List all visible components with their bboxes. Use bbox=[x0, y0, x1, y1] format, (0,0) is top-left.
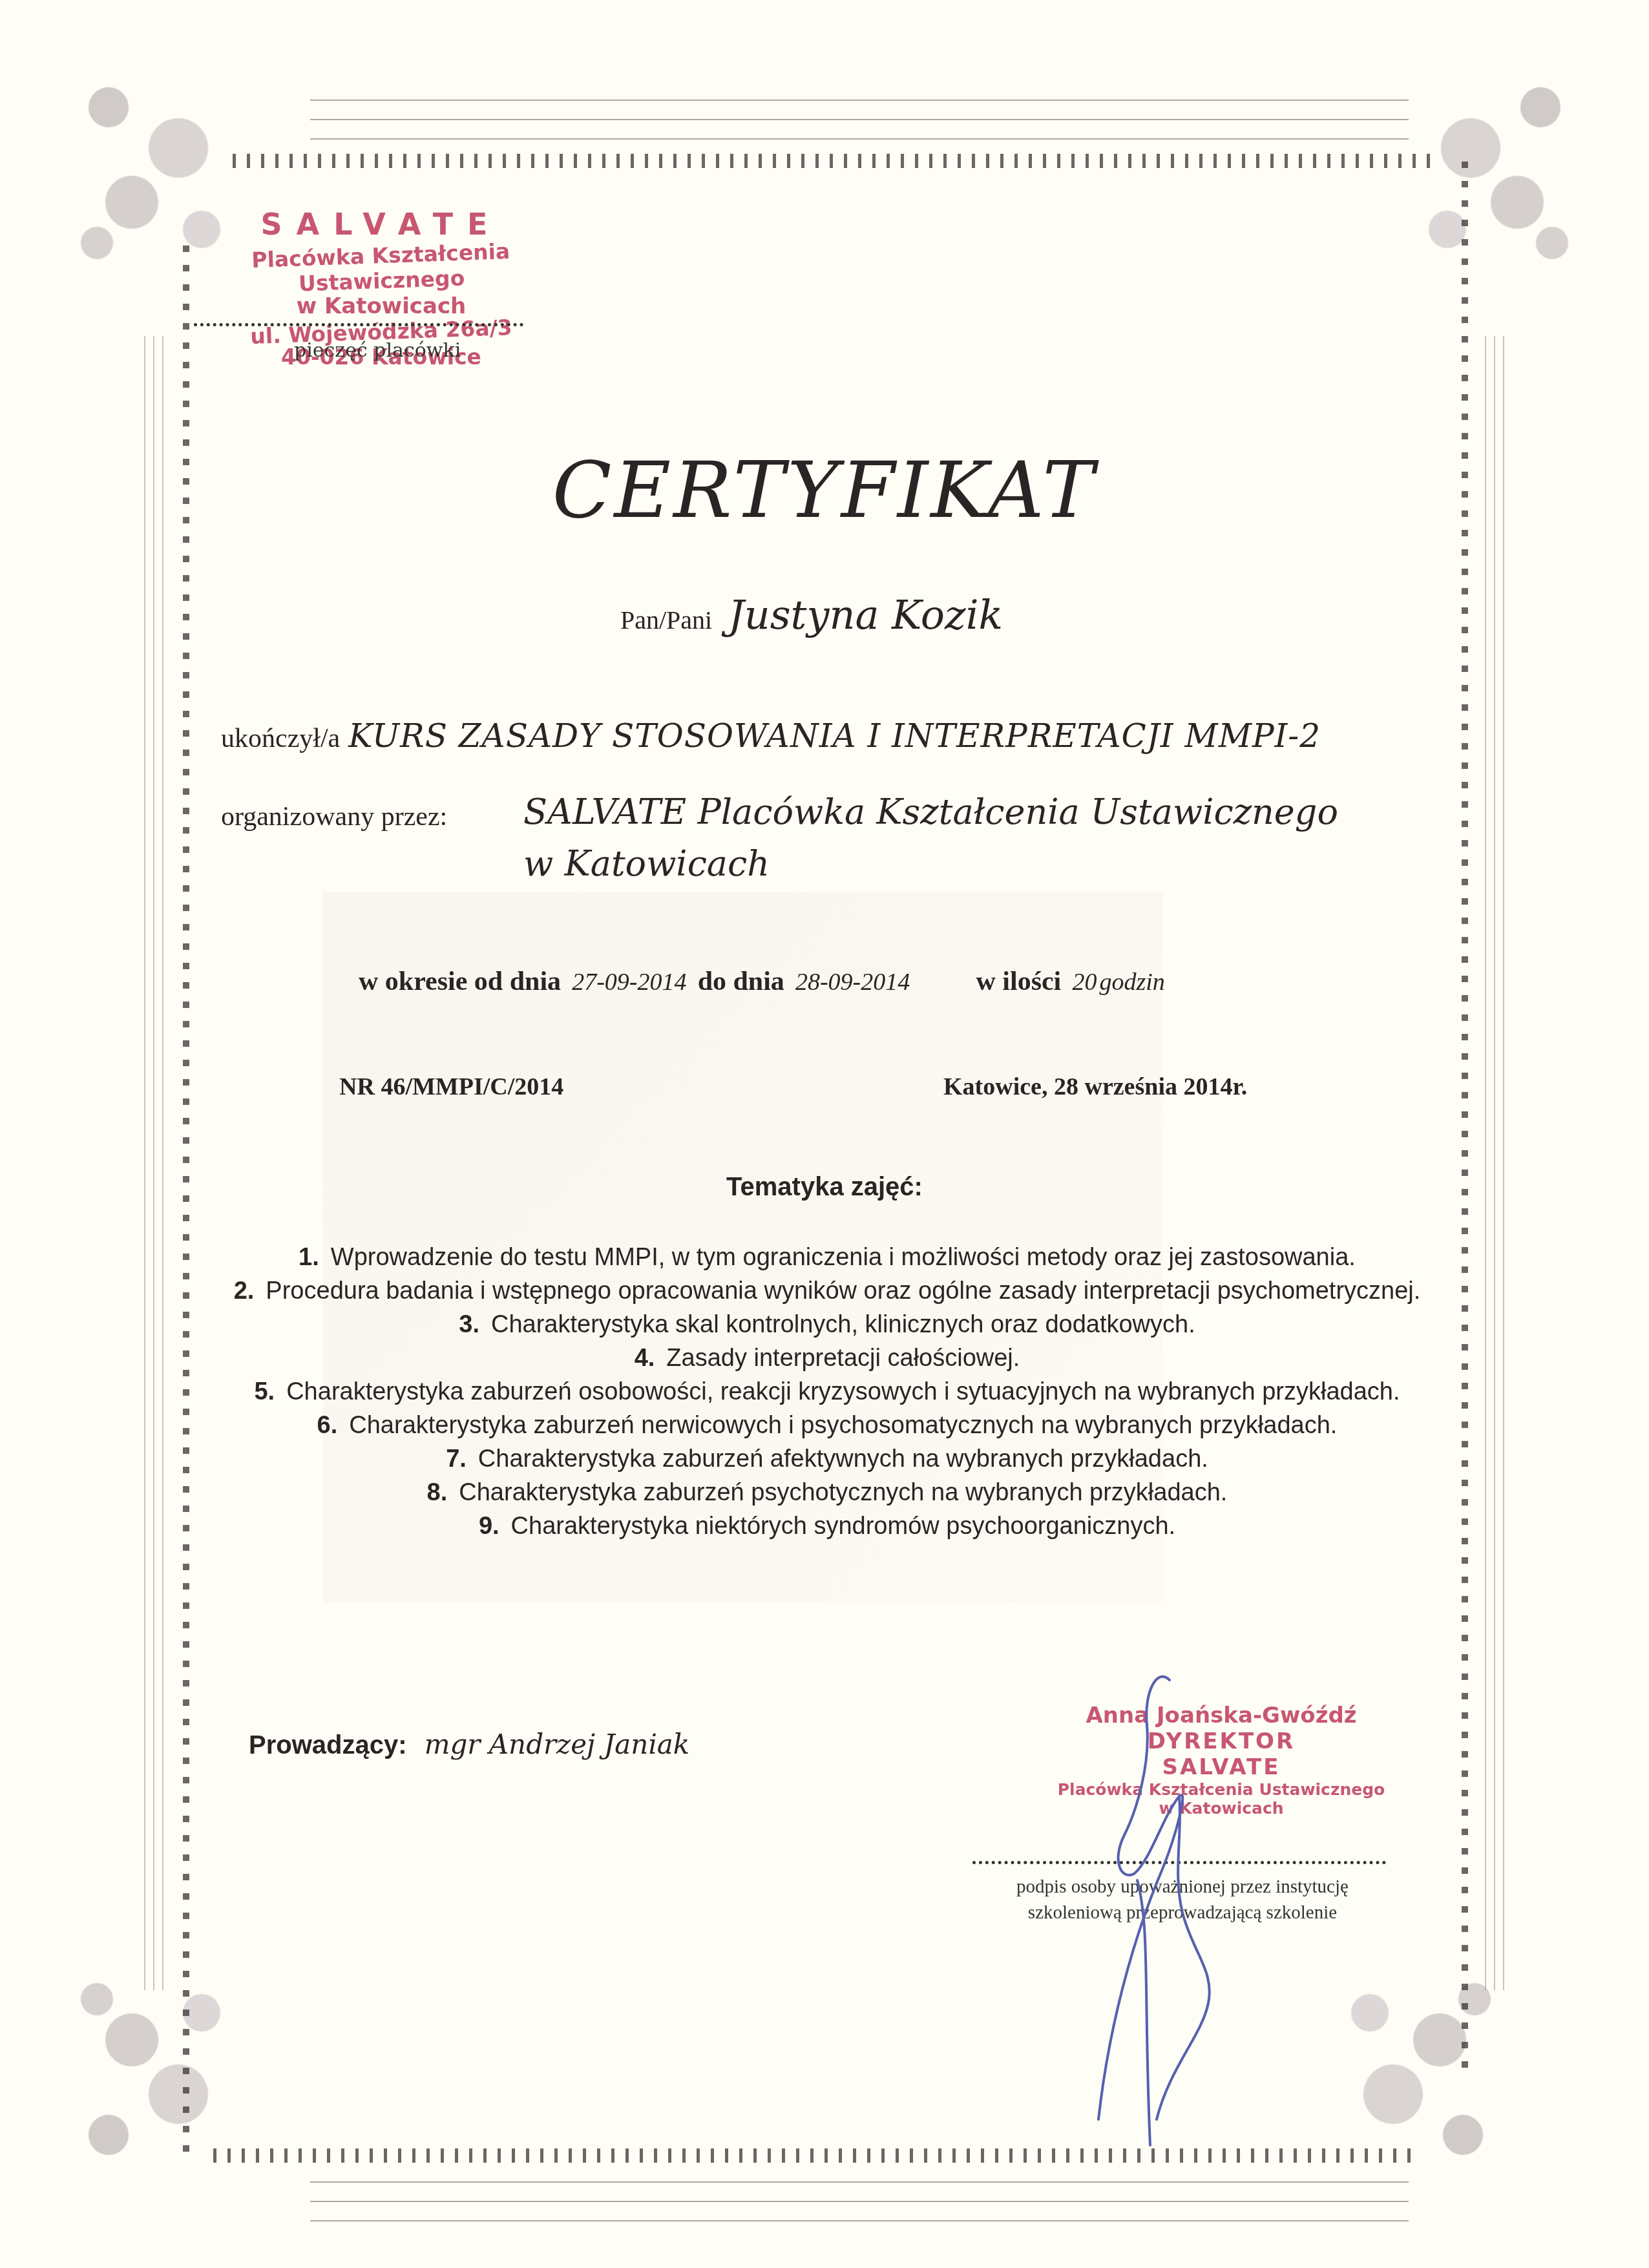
certificate-title: CERTYFIKAT bbox=[0, 446, 1649, 536]
organizer-city: w Katowicach bbox=[523, 843, 770, 884]
topic-number: 9. bbox=[479, 1513, 499, 1540]
recipient-label: Pan/Pani bbox=[620, 605, 712, 635]
recipient-line: Pan/Pani Justyna Kozik bbox=[620, 591, 1003, 638]
topics-title: Tematyka zajęć: bbox=[0, 1173, 1649, 1202]
topic-item: 7.Charakterystyka zaburzeń afektywnych n… bbox=[207, 1442, 1447, 1476]
hours-value: 20 bbox=[1072, 969, 1097, 996]
hours-label: w ilości bbox=[976, 967, 1061, 996]
topic-text: Charakterystyka skal kontrolnych, klinic… bbox=[491, 1311, 1195, 1338]
lecturer-label: Prowadzący: bbox=[249, 1731, 407, 1759]
period-to-label: do dnia bbox=[698, 967, 784, 996]
period-line: w okresie od dnia 27-09-2014 do dnia 28-… bbox=[359, 966, 1173, 997]
border-top-ticks bbox=[233, 154, 1434, 168]
topic-text: Charakterystyka niektórych syndromów psy… bbox=[511, 1513, 1176, 1540]
topic-number: 6. bbox=[317, 1412, 338, 1439]
topic-number: 7. bbox=[446, 1445, 467, 1473]
handwritten-signature bbox=[1060, 1667, 1254, 2158]
organizer-name: SALVATE Placówka Kształcenia Ustawiczneg… bbox=[523, 792, 1338, 832]
place-date: Katowice, 28 września 2014r. bbox=[943, 1073, 1247, 1101]
topic-item: 4.Zasady interpretacji całościowej. bbox=[207, 1341, 1447, 1375]
course-line: ukończył/a KURS ZASADY STOSOWANIA I INTE… bbox=[221, 717, 1321, 755]
lecturer-name: mgr Andrzej Janiak bbox=[425, 1728, 690, 1760]
stamp-dotted-line bbox=[194, 323, 523, 326]
topics-list: 1.Wprowadzenie do testu MMPI, w tym ogra… bbox=[207, 1241, 1447, 1543]
period-to-date: 28-09-2014 bbox=[795, 969, 910, 996]
topic-item: 8.Charakterystyka zaburzeń psychotycznyc… bbox=[207, 1476, 1447, 1509]
topic-text: Charakterystyka zaburzeń nerwicowych i p… bbox=[349, 1412, 1337, 1439]
border-left-rails bbox=[139, 336, 171, 1990]
topic-number: 8. bbox=[427, 1479, 448, 1506]
border-bottom-rails bbox=[310, 2171, 1409, 2229]
period-from-label: w okresie od dnia bbox=[359, 967, 561, 996]
topic-item: 2.Procedura badania i wstępnego opracowa… bbox=[207, 1274, 1447, 1308]
topic-text: Procedura badania i wstępnego opracowani… bbox=[266, 1277, 1420, 1305]
border-right-rails bbox=[1480, 336, 1512, 1990]
recipient-name: Justyna Kozik bbox=[728, 591, 1003, 638]
topic-number: 5. bbox=[254, 1378, 275, 1405]
topic-item: 5.Charakterystyka zaburzeń osobowości, r… bbox=[207, 1375, 1447, 1409]
topic-text: Charakterystyka zaburzeń afektywnych na … bbox=[478, 1445, 1208, 1473]
lecturer-line: Prowadzący: mgr Andrzej Janiak bbox=[249, 1728, 689, 1760]
course-label: ukończył/a bbox=[221, 724, 340, 753]
topic-item: 9.Charakterystyka niektórych syndromów p… bbox=[207, 1509, 1447, 1543]
topic-text: Charakterystyka zaburzeń osobowości, rea… bbox=[286, 1378, 1400, 1405]
topic-number: 4. bbox=[635, 1345, 655, 1372]
border-top-rails bbox=[310, 89, 1409, 147]
course-name: KURS ZASADY STOSOWANIA I INTERPRETACJI M… bbox=[348, 717, 1321, 755]
topic-number: 1. bbox=[299, 1244, 319, 1271]
topic-text: Zasady interpretacji całościowej. bbox=[666, 1345, 1020, 1372]
period-from-date: 27-09-2014 bbox=[572, 969, 686, 996]
hours-unit: godzin bbox=[1099, 969, 1164, 996]
certificate-number: NR 46/MMPI/C/2014 bbox=[339, 1073, 563, 1101]
stamp-line: SALVATE bbox=[213, 207, 549, 242]
topic-text: Wprowadzenie do testu MMPI, w tym ograni… bbox=[331, 1244, 1356, 1271]
topic-item: 3.Charakterystyka skal kontrolnych, klin… bbox=[207, 1308, 1447, 1341]
topic-item: 6.Charakterystyka zaburzeń nerwicowych i… bbox=[207, 1409, 1447, 1442]
topic-number: 2. bbox=[234, 1277, 255, 1305]
stamp-line: Placówka Kształcenia Ustawicznego bbox=[213, 237, 550, 299]
topic-text: Charakterystyka zaburzeń psychotycznych … bbox=[459, 1479, 1227, 1506]
organizer-label: organizowany przez: bbox=[221, 801, 447, 832]
topic-item: 1.Wprowadzenie do testu MMPI, w tym ogra… bbox=[207, 1241, 1447, 1274]
stamp-caption: pieczęć placówki bbox=[294, 339, 461, 362]
topic-number: 3. bbox=[459, 1311, 479, 1338]
